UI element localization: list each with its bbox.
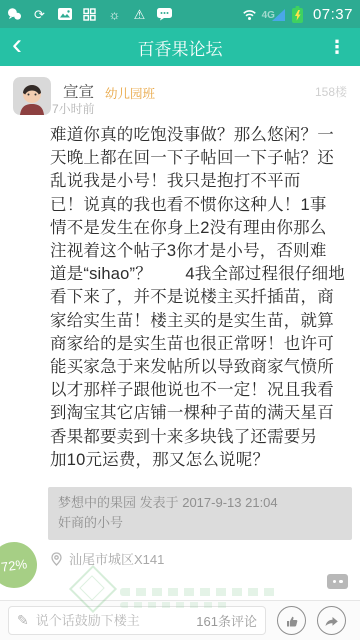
notification-icons: ⟳ ☼ ⚠ [7,7,172,22]
author-name[interactable]: 宣宣 [63,80,94,102]
page-title: 百香果论坛 [0,35,360,60]
sync-icon: ⟳ [32,7,47,22]
share-button[interactable] [317,606,346,635]
post-body-text: 难道你真的吃饱没事做？那么悠闲？一 天晚上都在回一下子帖回一下子帖？还 乱说我是… [50,124,347,472]
bottom-bar: ✎ 161条评论 [0,600,360,640]
status-time: 07:37 [313,6,353,23]
gallery-icon [57,7,72,22]
message-icon [157,7,172,22]
battery-icon [290,7,305,22]
reply-input[interactable] [34,612,197,629]
comment-count[interactable]: 161条评论 [196,611,257,630]
signal-triangle [272,9,285,21]
post-timestamp: 7小时前 [52,100,95,117]
status-indicators: 4G 07:37 [242,6,353,23]
pencil-icon: ✎ [17,612,29,629]
location-pin-icon [50,552,63,566]
like-button[interactable] [277,606,306,635]
grid-icon [82,7,97,22]
avatar[interactable] [13,77,51,115]
quote-header: 梦想中的果园 发表于 2017-9-13 21:04 [58,493,342,513]
reply-input-box[interactable]: ✎ 161条评论 [8,606,266,635]
warning-icon: ⚠ [132,7,147,22]
brightness-icon: ☼ [107,7,122,22]
location-text: 汕尾市城区X141 [69,549,164,568]
assistive-touch-badge[interactable]: 72% [0,539,40,591]
floor-number: 158楼 [315,83,347,100]
quote-body: 奸商的小号 [58,513,342,533]
comment-bubble-icon[interactable] [327,574,348,589]
quoted-post: 梦想中的果园 发表于 2017-9-13 21:04 奸商的小号 [48,487,352,540]
status-bar: ⟳ ☼ ⚠ 4G 07:37 [0,0,360,28]
location-row: 汕尾市城区X141 [50,549,164,568]
signal-icon: 4G [262,7,285,21]
author-rank-badge: 幼儿园班 [105,84,155,102]
app-header: 百香果论坛 ‹ ⋮ [0,28,360,66]
phone-screen: ⟳ ☼ ⚠ 4G 07:37 [0,0,360,640]
wechat-icon [7,7,22,22]
wifi-icon [242,7,257,22]
